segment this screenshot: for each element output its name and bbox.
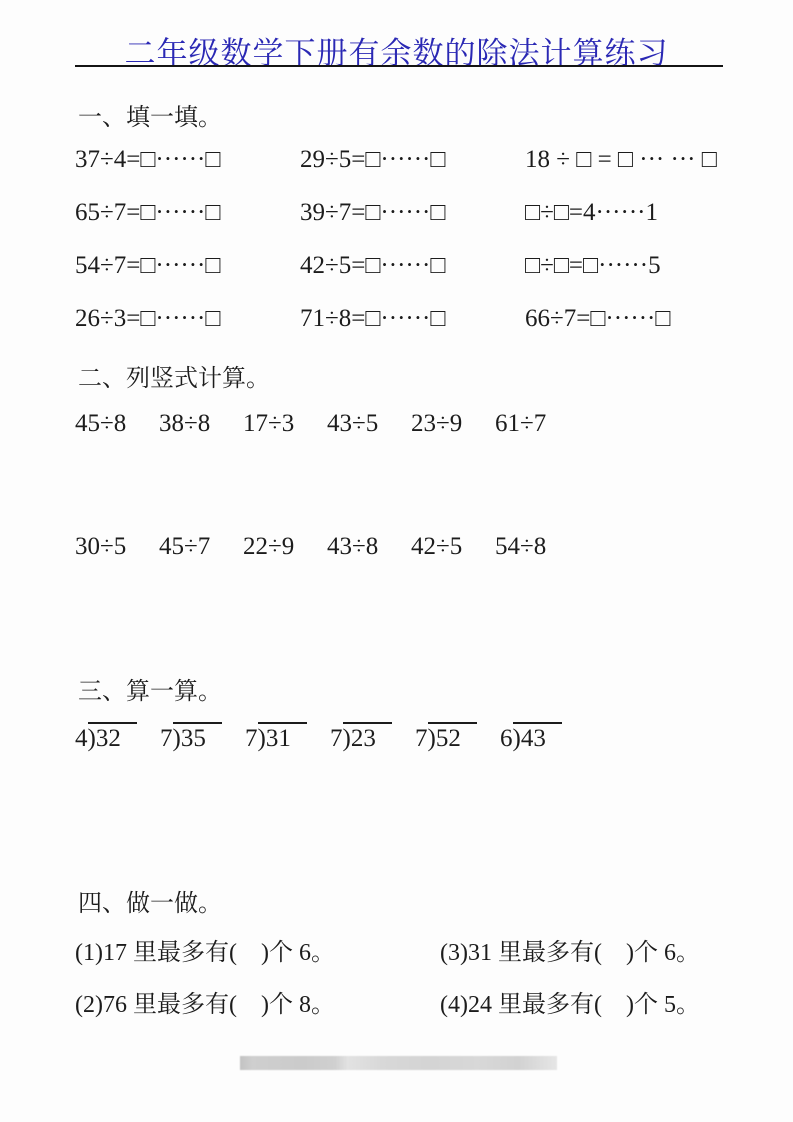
column-calc-problem: 22÷9 [243, 533, 327, 561]
column-calc-problem: 43÷8 [327, 533, 411, 561]
section-4-word-problems: (1)17 里最多有( )个 6。 (3)31 里最多有( )个 6。 (2)7… [75, 932, 755, 1036]
long-division-divisor: 7 [330, 725, 343, 753]
long-division-problem: 7)35 [160, 722, 245, 753]
blurred-watermark [240, 1056, 557, 1070]
section-2-problem-row: 45÷8 38÷8 17÷3 43÷5 23÷9 61÷7 [75, 410, 579, 438]
long-division-problem: 7)23 [330, 722, 415, 753]
fill-in-problem: 39÷7=□······□ [300, 199, 525, 252]
long-division-divisor: 7 [415, 725, 428, 753]
word-problem: (3)31 里最多有( )个 6。 [440, 932, 755, 984]
long-division-problem: 4)32 [75, 722, 160, 753]
column-calc-problem: 17÷3 [243, 410, 327, 438]
worksheet-page: 二年级数学下册有余数的除法计算练习 一、填一填。 37÷4=□······□ 2… [0, 0, 793, 1122]
fill-in-problem: 71÷8=□······□ [300, 305, 525, 358]
fill-in-problem: 26÷3=□······□ [75, 305, 300, 358]
long-division-dividend: )32 [88, 722, 137, 753]
long-division-problem: 7)31 [245, 722, 330, 753]
fill-in-problem: 29÷5=□······□ [300, 146, 525, 199]
word-problem: (4)24 里最多有( )个 5。 [440, 984, 755, 1036]
column-calc-problem: 45÷7 [159, 533, 243, 561]
long-division-divisor: 4 [75, 725, 88, 753]
column-calc-problem: 43÷5 [327, 410, 411, 438]
fill-in-problem: 18 ÷ □ = □ ··· ··· □ [525, 146, 755, 199]
fill-in-problem: □÷□=□······5 [525, 252, 755, 305]
column-calc-problem: 45÷8 [75, 410, 159, 438]
column-calc-problem: 30÷5 [75, 533, 159, 561]
long-division-dividend: )35 [173, 722, 222, 753]
fill-in-problem: 65÷7=□······□ [75, 199, 300, 252]
fill-in-problem: 37÷4=□······□ [75, 146, 300, 199]
fill-in-problem: □÷□=4······1 [525, 199, 755, 252]
long-division-dividend: )52 [428, 722, 477, 753]
long-division-divisor: 7 [160, 725, 173, 753]
word-problem: (1)17 里最多有( )个 6。 [75, 932, 440, 984]
section-3-problem-row: 4)32 7)35 7)31 7)23 7)52 6)43 [75, 722, 585, 753]
section-4-heading: 四、做一做。 [78, 883, 222, 918]
title-divider [75, 65, 723, 67]
long-division-problem: 6)43 [500, 722, 585, 753]
word-problem: (2)76 里最多有( )个 8。 [75, 984, 440, 1036]
long-division-divisor: 7 [245, 725, 258, 753]
column-calc-problem: 42÷5 [411, 533, 495, 561]
column-calc-problem: 54÷8 [495, 533, 579, 561]
section-3-heading: 三、算一算。 [78, 671, 222, 706]
column-calc-problem: 61÷7 [495, 410, 579, 438]
section-1-heading: 一、填一填。 [78, 97, 222, 132]
long-division-dividend: )23 [343, 722, 392, 753]
long-division-dividend: )31 [258, 722, 307, 753]
column-calc-problem: 23÷9 [411, 410, 495, 438]
column-calc-problem: 38÷8 [159, 410, 243, 438]
fill-in-problem: 54÷7=□······□ [75, 252, 300, 305]
section-2-heading: 二、列竖式计算。 [78, 358, 270, 393]
section-1-fill-in-grid: 37÷4=□······□ 29÷5=□······□ 18 ÷ □ = □ ·… [75, 146, 755, 358]
section-2-problem-row: 30÷5 45÷7 22÷9 43÷8 42÷5 54÷8 [75, 533, 579, 561]
fill-in-problem: 66÷7=□······□ [525, 305, 755, 358]
fill-in-problem: 42÷5=□······□ [300, 252, 525, 305]
long-division-divisor: 6 [500, 725, 513, 753]
long-division-problem: 7)52 [415, 722, 500, 753]
long-division-dividend: )43 [513, 722, 562, 753]
